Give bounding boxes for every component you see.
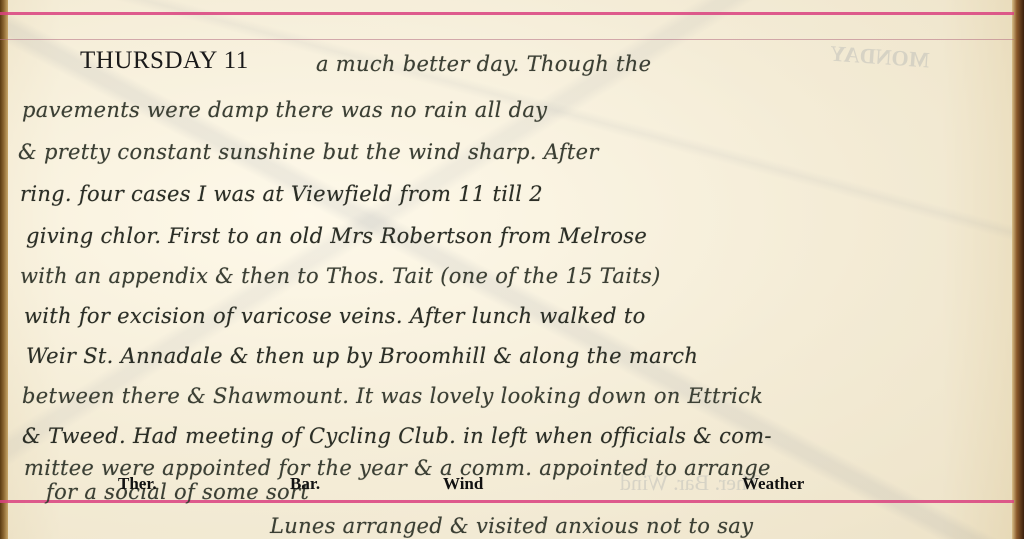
diary-page: MONDAY Ther. Bar. Wind THURSDAY 11 a muc… xyxy=(0,0,1024,539)
wind-label: Wind xyxy=(443,474,483,494)
entry-line-13: Lunes arranged & visited anxious not to … xyxy=(270,514,753,538)
binding-edge-left xyxy=(0,0,8,539)
entry-line-9: between there & Shawmount. It was lovely… xyxy=(22,384,763,408)
top-rule xyxy=(0,12,1014,15)
entry-line-3: & pretty constant sunshine but the wind … xyxy=(18,140,599,164)
show-through-reverse-day: MONDAY xyxy=(829,41,930,74)
entry-line-5: giving chlor. First to an old Mrs Robert… xyxy=(26,224,647,248)
binding-edge-right xyxy=(1012,0,1024,539)
entry-line-10: & Tweed. Had meeting of Cycling Club. in… xyxy=(22,424,772,448)
barometer-label: Bar. xyxy=(290,474,320,494)
entry-line-8: Weir St. Annadale & then up by Broomhill… xyxy=(26,344,698,368)
entry-line-1: a much better day. Though the xyxy=(316,52,651,76)
header-rule xyxy=(0,39,1014,40)
day-heading: THURSDAY 11 xyxy=(80,47,249,75)
entry-line-2: pavements were damp there was no rain al… xyxy=(22,98,547,122)
entry-line-4: ring. four cases I was at Viewfield from… xyxy=(20,182,543,206)
entry-line-7: with for excision of varicose veins. Aft… xyxy=(24,304,646,328)
entry-line-12: for a social of some sort xyxy=(46,480,309,504)
weather-label: Weather xyxy=(742,474,804,494)
entry-line-6: with an appendix & then to Thos. Tait (o… xyxy=(20,264,661,288)
thermometer-label: Ther. xyxy=(118,474,157,494)
